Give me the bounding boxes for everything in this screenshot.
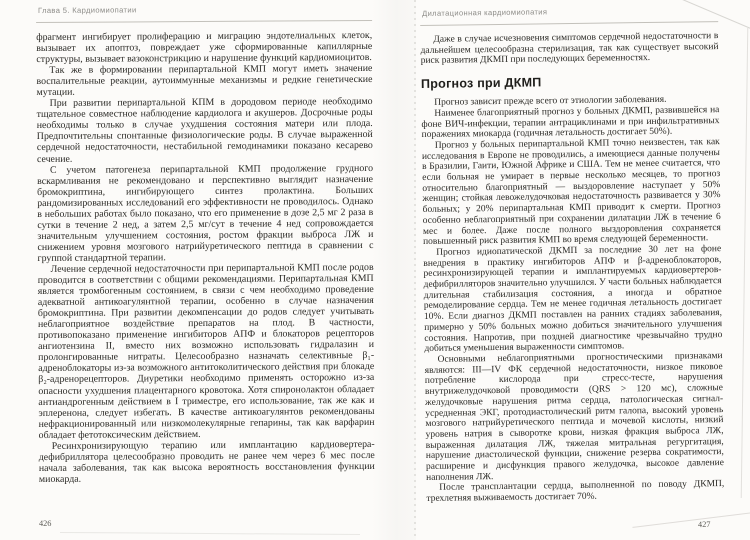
header-rule-right — [420, 21, 718, 26]
right-page: Дилатационная кардиомиопатия Даже в случ… — [420, 5, 724, 505]
book-spread-scan: Глава 5. Кардиомиопатии фрагмент ингибир… — [0, 0, 750, 540]
paragraph: Наименее благоприятный прогноз у больных… — [421, 105, 719, 141]
header-rule-left — [36, 20, 372, 23]
left-page: Глава 5. Кардиомиопатии фрагмент ингибир… — [36, 4, 375, 485]
page-number-left: 426 — [39, 519, 51, 528]
paragraph: фрагмент ингибирует пролиферацию и мигра… — [36, 30, 372, 65]
paragraph: Даже в случае исчезновения симптомов сер… — [420, 31, 718, 67]
section-heading: Прогноз при ДКМП — [421, 73, 719, 91]
paragraph: При развитии перипартальной КПМ в дородо… — [37, 96, 373, 164]
right-page-body: Даже в случае исчезновения симптомов сер… — [420, 31, 724, 505]
page-corner-bottom-right — [632, 511, 750, 528]
paragraph: Лечение сердечной недостаточности при пе… — [38, 262, 375, 441]
page-number-right: 427 — [698, 520, 711, 529]
page-edge-right — [741, 28, 749, 498]
left-page-body: фрагмент ингибирует пролиферацию и мигра… — [36, 30, 375, 485]
page-edge-bottom — [60, 532, 360, 535]
running-header-left: Глава 5. Кардиомиопатии — [36, 4, 372, 19]
paragraph: Ресинхронизирующую терапию или имплантац… — [39, 439, 375, 485]
paragraph: Прогноз у больных перипартальной КМП точ… — [422, 137, 721, 248]
paragraph: Основными неблагоприятными прогностическ… — [425, 351, 725, 483]
running-header-right: Дилатационная кардиомиопатия — [420, 5, 718, 22]
paragraph: После трансплантации сердца, выполненной… — [426, 479, 724, 504]
page-gutter-seam — [414, 0, 416, 540]
paragraph: С учетом патогенеза перипартальной КМП п… — [37, 163, 374, 264]
page-gutter-shade — [372, 0, 416, 540]
paragraph: Так же в формировании перипартальной КМП… — [36, 63, 372, 98]
paragraph: Прогноз идиопатической ДКМП за последние… — [423, 244, 722, 355]
